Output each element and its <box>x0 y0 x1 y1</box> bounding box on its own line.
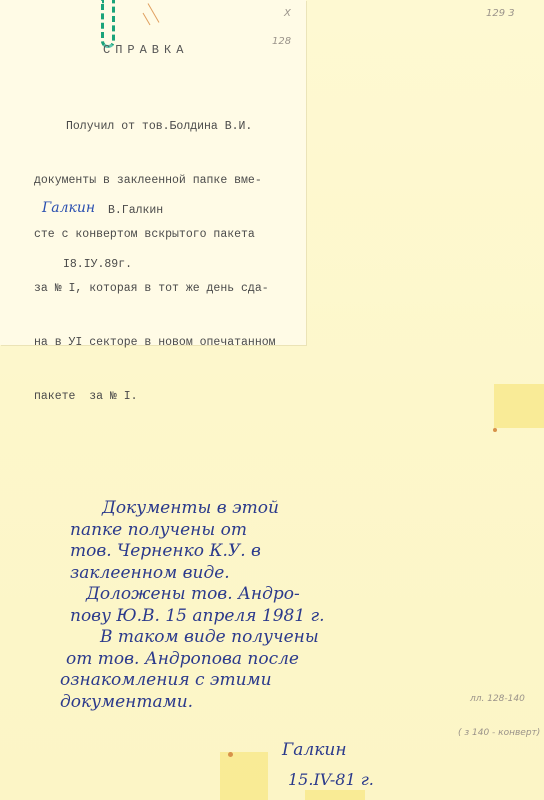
orange-scratch-mark <box>148 3 160 23</box>
tape-residue-bottom-right <box>305 790 365 800</box>
pencil-mark: X <box>284 8 291 19</box>
stain-spot <box>228 752 233 757</box>
note-title: СПРАВКА <box>103 43 188 57</box>
pencil-folio-number: 129 3 <box>486 8 515 19</box>
typed-note-card: СПРАВКА Получил от тов.Болдина В.И. доку… <box>0 0 306 345</box>
handwritten-signature: Галкин <box>282 740 347 760</box>
handwritten-line: ознакомления с этими <box>60 670 410 692</box>
handwritten-line: В таком виде получены <box>70 627 410 649</box>
handwritten-line: от тов. Андропова после <box>66 649 410 671</box>
handwritten-line: тов. Черненко К.У. в <box>70 541 410 563</box>
handwritten-line: Доложены тов. Андро- <box>70 584 410 606</box>
pencil-margin-note: ( з 140 - конверт) <box>458 728 540 738</box>
paperclip-icon <box>101 0 115 48</box>
handwritten-date: 15.IV-81 г. <box>288 770 374 789</box>
stain-spot <box>493 428 497 432</box>
note-line: пакете за № I. <box>34 388 276 406</box>
note-line: за № I, которая в тот же день сда- <box>34 280 276 298</box>
note-line: сте с конвертом вскрытого пакета <box>34 226 276 244</box>
note-line: на в УI секторе в новом опечатанном <box>34 334 276 352</box>
handwritten-line: Документы в этой <box>70 498 410 520</box>
typed-note-signature: Галкин <box>42 200 95 216</box>
note-line: Получил от тов.Болдина В.И. <box>34 118 276 136</box>
handwritten-line: заклеенном виде. <box>70 563 410 585</box>
handwritten-line: документами. <box>60 692 410 714</box>
note-signer: В.Галкин <box>108 202 163 220</box>
tape-residue-right <box>494 384 544 428</box>
handwritten-line: пову Ю.В. 15 апреля 1981 г. <box>70 606 410 628</box>
pencil-folio-number: 128 <box>272 36 291 47</box>
note-date: I8.IУ.89г. <box>63 256 132 274</box>
tape-residue-bottom <box>220 752 268 800</box>
note-line: документы в заклеенной папке вме- <box>34 172 276 190</box>
pencil-margin-note: лл. 128-140 <box>470 694 525 704</box>
handwritten-line: папке получены от <box>70 520 410 542</box>
handwritten-note: Документы в этой папке получены от тов. … <box>70 498 410 713</box>
orange-scratch-mark <box>143 13 151 26</box>
